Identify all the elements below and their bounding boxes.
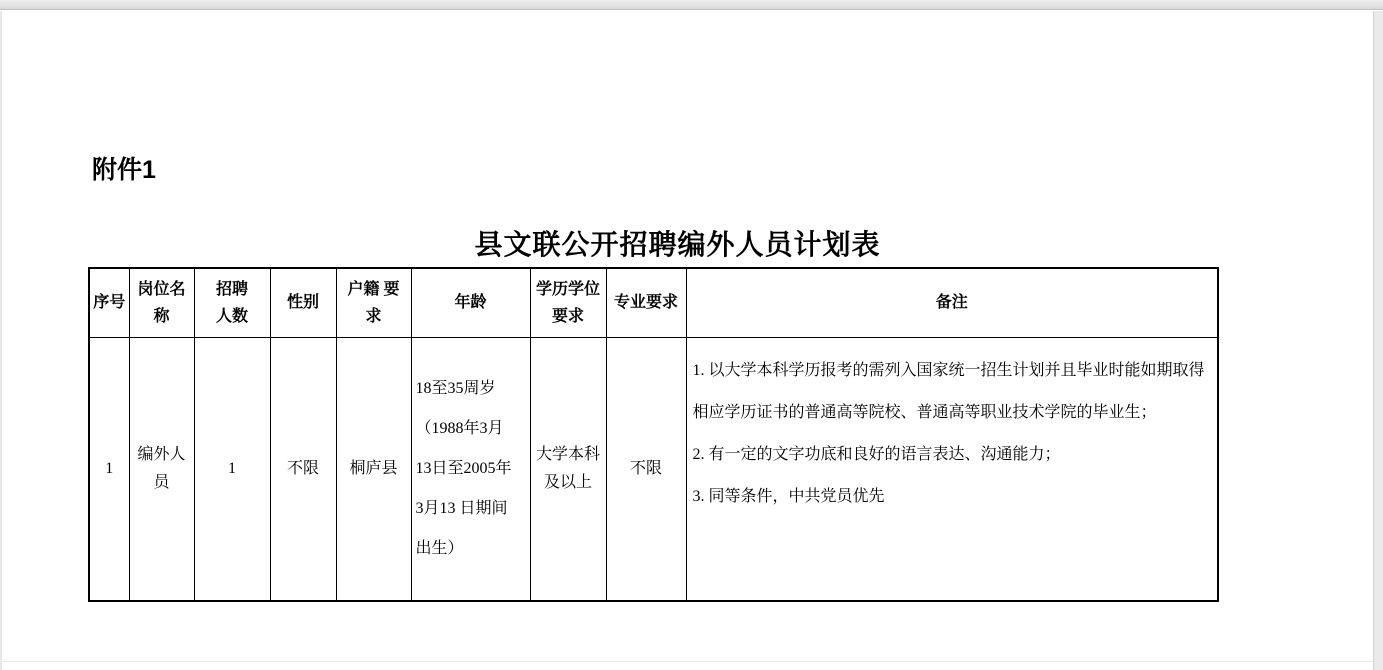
toolbar-edge bbox=[0, 0, 1383, 10]
cell-major-requirement: 不限 bbox=[606, 337, 686, 601]
cell-serial: 1 bbox=[89, 337, 129, 601]
header-age: 年龄 bbox=[411, 268, 530, 337]
scrollbar-track[interactable] bbox=[1373, 11, 1383, 670]
header-row: 序号 岗位名 称 招聘 人数 性别 户籍 要 求 年龄 学历学位 要求 专业要求… bbox=[89, 268, 1218, 337]
header-headcount: 招聘 人数 bbox=[194, 268, 270, 337]
cell-gender: 不限 bbox=[270, 337, 336, 601]
table-row: 1 编外人 员 1 不限 桐庐县 18至35周岁 （1988年3月 13日至20… bbox=[89, 337, 1218, 601]
cell-age: 18至35周岁 （1988年3月 13日至2005年 3月13 日期间 出生） bbox=[411, 337, 530, 601]
cell-household-requirement: 桐庐县 bbox=[336, 337, 411, 601]
header-education-requirement: 学历学位 要求 bbox=[530, 268, 606, 337]
cell-education-requirement: 大学本科 及以上 bbox=[530, 337, 606, 601]
header-household-requirement: 户籍 要 求 bbox=[336, 268, 411, 337]
cell-headcount: 1 bbox=[194, 337, 270, 601]
remark-item-1: 1. 以大学本科学历报考的需列入国家统一招生计划并且毕业时能如期取得相应学历证书… bbox=[693, 350, 1208, 434]
cell-remarks: 1. 以大学本科学历报考的需列入国家统一招生计划并且毕业时能如期取得相应学历证书… bbox=[686, 337, 1218, 601]
page-left-edge bbox=[0, 11, 2, 670]
page-bottom-edge bbox=[0, 661, 1373, 662]
header-gender: 性别 bbox=[270, 268, 336, 337]
attachment-label: 附件1 bbox=[92, 155, 156, 185]
recruitment-plan-table: 序号 岗位名 称 招聘 人数 性别 户籍 要 求 年龄 学历学位 要求 专业要求… bbox=[88, 267, 1219, 602]
header-remarks: 备注 bbox=[686, 268, 1218, 337]
cell-position-name: 编外人 员 bbox=[129, 337, 194, 601]
header-serial: 序号 bbox=[89, 268, 129, 337]
remark-item-3: 3. 同等条件，中共党员优先 bbox=[693, 476, 1208, 518]
document-title: 县文联公开招聘编外人员计划表 bbox=[88, 228, 1219, 262]
header-major-requirement: 专业要求 bbox=[606, 268, 686, 337]
remark-item-2: 2. 有一定的文字功底和良好的语言表达、沟通能力； bbox=[693, 434, 1208, 476]
header-position-name: 岗位名 称 bbox=[129, 268, 194, 337]
